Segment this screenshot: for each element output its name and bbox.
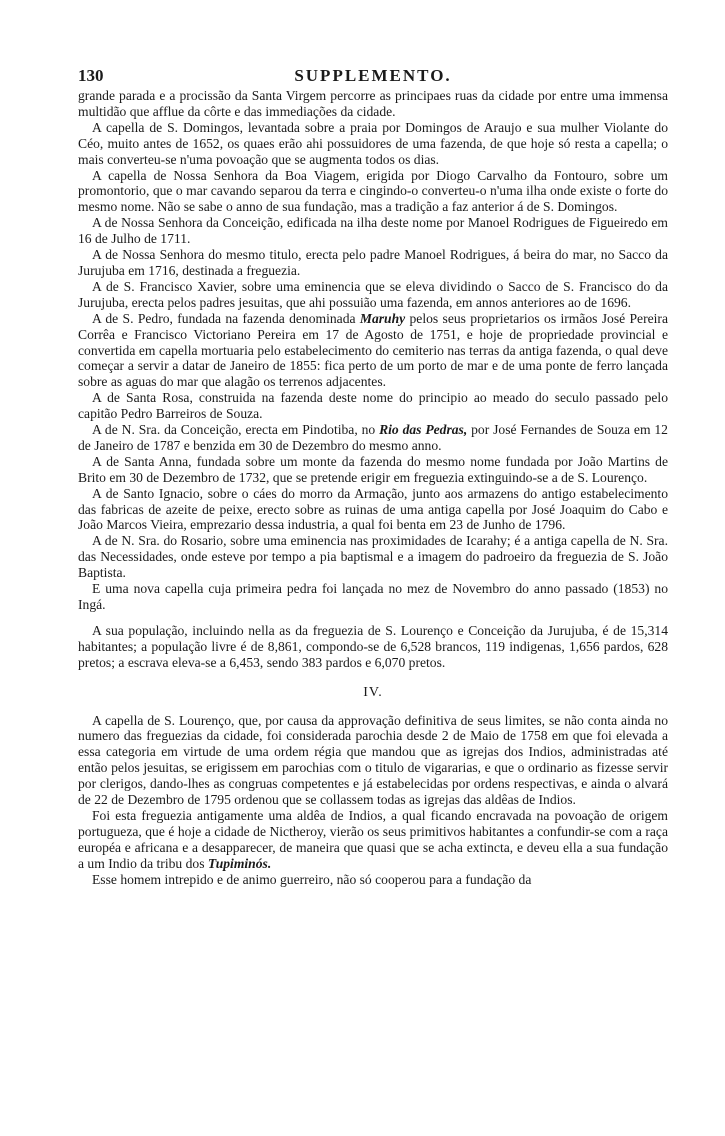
paragraph-continuation: grande parada e a procissão da Santa Vir… (78, 88, 668, 120)
paragraph-homem-intrepido: Esse homem intrepido e de animo guerreir… (78, 872, 668, 888)
paragraph-sao-pedro: A de S. Pedro, fundada na fazenda denomi… (78, 311, 668, 391)
paragraph-aldea-indios: Foi esta freguezia antigamente uma aldêa… (78, 808, 668, 872)
paragraph-conceicao-pindotiba: A de N. Sra. da Conceição, erecta em Pin… (78, 422, 668, 454)
book-page: 130 SUPPLEMENTO. grande parada e a proci… (78, 66, 668, 888)
paragraph-populacao: A sua população, incluindo nella as da f… (78, 623, 668, 671)
paragraph-conceicao-jurujuba: A de Nossa Senhora do mesmo titulo, erec… (78, 247, 668, 279)
text-segment: Foi esta freguezia antigamente uma aldêa… (78, 808, 668, 871)
paragraph-nova-capella: E uma nova capella cuja primeira pedra f… (78, 581, 668, 613)
emphasis-rio-das-pedras: Rio das Pedras, (379, 422, 467, 437)
text-segment: A de N. Sra. da Conceição, erecta em Pin… (92, 422, 379, 437)
paragraph-sao-francisco-xavier: A de S. Francisco Xavier, sobre uma emin… (78, 279, 668, 311)
body-text: grande parada e a procissão da Santa Vir… (78, 88, 668, 888)
paragraph-sao-lourenco: A capella de S. Lourenço, que, por causa… (78, 713, 668, 808)
paragraph-boa-viagem: A capella de Nossa Senhora da Boa Viagem… (78, 168, 668, 216)
paragraph-santa-anna: A de Santa Anna, fundada sobre um monte … (78, 454, 668, 486)
running-title: SUPPLEMENTO. (78, 66, 668, 86)
paragraph-conceicao-ilha: A de Nossa Senhora da Conceição, edifica… (78, 215, 668, 247)
emphasis-tupiminos: Tupiminós. (208, 856, 271, 871)
section-number: IV. (78, 685, 668, 701)
text-segment: A de S. Pedro, fundada na fazenda denomi… (92, 311, 360, 326)
paragraph-santo-ignacio: A de Santo Ignacio, sobre o cáes do morr… (78, 486, 668, 534)
paragraph-santa-rosa: A de Santa Rosa, construida na fazenda d… (78, 390, 668, 422)
paragraph-rosario: A de N. Sra. do Rosario, sobre uma emine… (78, 533, 668, 581)
paragraph-sao-domingos: A capella de S. Domingos, levantada sobr… (78, 120, 668, 168)
emphasis-maruhy: Maruhy (360, 311, 405, 326)
running-head: 130 SUPPLEMENTO. (78, 66, 668, 88)
